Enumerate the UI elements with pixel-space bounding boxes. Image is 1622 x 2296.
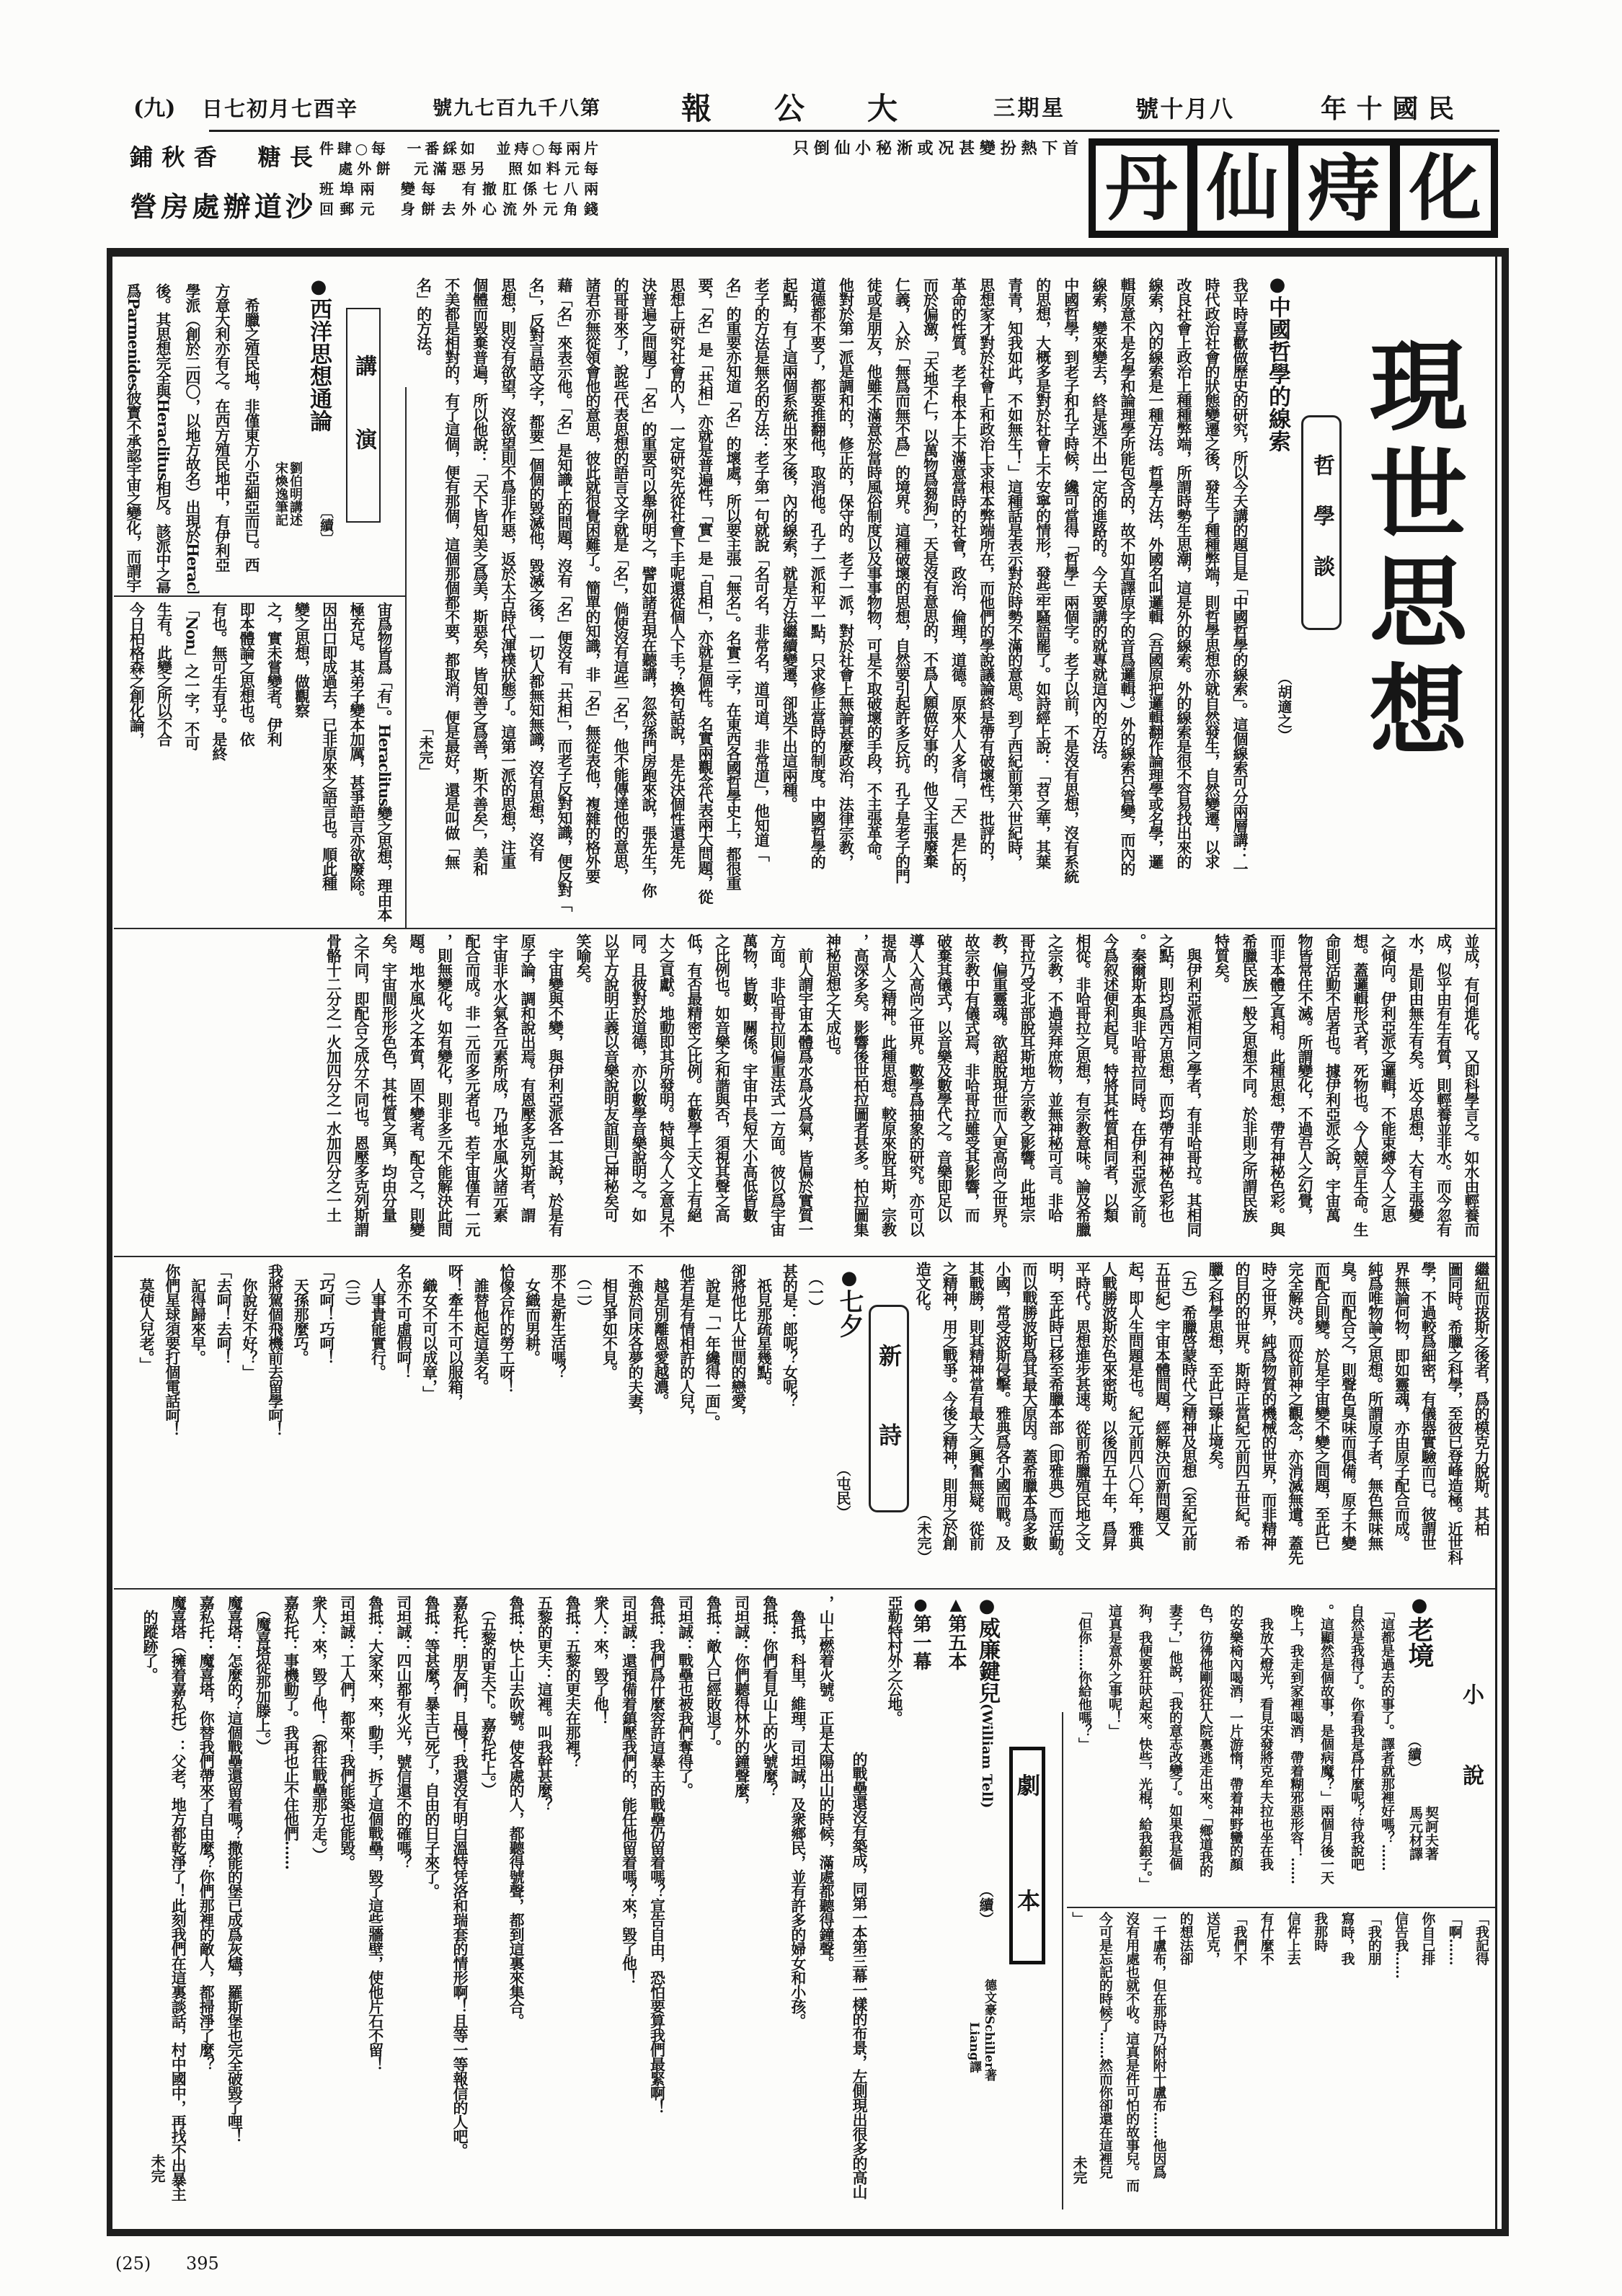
- text-column: 今爲叙述便利起見。特將其性質相同者，以類: [1096, 934, 1125, 1255]
- text-column: 思想家才對於社會上和政治上求根本弊端所在，而他們的學說議論終是帶有破壞性，批評的…: [973, 278, 1001, 916]
- text-column: 寫時，我: [1333, 1912, 1360, 2228]
- text-column: 徒或是朋友，他雖不滿意於當時風俗制度以及事事物物，可是不取破壞的手段，不主張革命…: [860, 278, 888, 916]
- text-column: 大之貢獻。地動即其所發明。特與今人之意見不: [652, 934, 681, 1255]
- frame-top-border: [107, 248, 1509, 257]
- text-column: 有什麼不: [1252, 1912, 1279, 2228]
- article-title-chinese-philosophy: ●中國哲學的線索: [1264, 274, 1290, 452]
- ad-text-row: 處外餅 元滿惡另 照如料元每: [319, 159, 598, 179]
- text-column: 極充足。其弟子變本加厲，甚爭語言亦欲廢除。: [343, 602, 371, 924]
- text-column: 生有。此變之所以不合: [150, 602, 177, 924]
- text-column: 青青，知我如此，不如無生！」這種話是表示對於時勢不滿的意思。到了西紀前第六世紀時…: [1001, 278, 1029, 916]
- masthead-character: 思: [1362, 549, 1474, 657]
- text-column: 今日柏格森之創化論，: [123, 602, 150, 924]
- poem-line: 記得歸來早。: [185, 1264, 211, 1584]
- text-column: 而以戰勝波斯爲其最大原因。蓋希臘本爲多數: [1016, 1262, 1042, 1584]
- text-column: 破棄其儀式，以音樂及數學代之。音樂即足以: [930, 934, 958, 1255]
- poem-author: （屯民）: [833, 1462, 852, 1520]
- dialogue-column: 衆人：來，毀了他！（都往戰壘那方走。）: [306, 1595, 334, 2226]
- text-column: 宙爲物皆爲「有」。Heraclitus變之思想，理由本: [371, 602, 398, 924]
- text-column: 線索，變來變去，終是逃不出一定的進路的。今天要講的就專就這內的方法。: [1086, 278, 1114, 916]
- text-column: 「我們不: [1226, 1912, 1252, 2228]
- divider-rule: [1067, 1907, 1495, 1908]
- text-column: 之不同，即配合之成分不同也。恩壓多克列斯謂: [347, 934, 376, 1255]
- poem-line: 誰替他起這美名。: [468, 1264, 494, 1584]
- text-column: 送尼克，: [1199, 1912, 1226, 2228]
- text-column: 思想，則沒有欲望，沒欲望則不爲非作惡，返於太古時代渾樸狀態了。這第一派的思想，注…: [495, 278, 523, 916]
- text-column: （五）希臘啓蒙時代之精神及思想（至紀元前: [1175, 1262, 1202, 1584]
- masthead-character: 現: [1362, 333, 1474, 441]
- dialogue-column: 司坦誠：四山都有火光，號信還不的確嗎？: [390, 1595, 418, 2226]
- article-author: （胡適之）: [1275, 670, 1293, 743]
- poem-line: 名亦不可虛假呵！: [391, 1264, 417, 1584]
- text-column: 道德都不要了，都要推翻他，取消他。孔子一派和平一點，只求修正當時的制度。中國哲學…: [804, 278, 832, 916]
- poem-line: 人事貴能實行。: [365, 1264, 391, 1584]
- brand-character-cell: 痔: [1298, 146, 1390, 231]
- text-column: 起點，有了這兩個系統出來之後，內的線索，就是方法繼續變遷，卻逃不出這兩種。: [776, 278, 804, 916]
- text-column: 的想法卻: [1171, 1912, 1198, 2228]
- poem-line: （二）: [571, 1264, 597, 1584]
- poem-line: 「巧呵！巧呵！: [314, 1264, 340, 1584]
- to-be-continued-mark: （未完）: [914, 1507, 933, 1564]
- drama-subtitle: (William Tell): [979, 1703, 995, 1808]
- text-column: 哥拉乃受北部脫耳斯地方宗教之影響。此地宗: [1014, 934, 1042, 1255]
- poem-line: 不強於同床各夢的夫妻，: [623, 1264, 649, 1584]
- ad-shop-name-line-2: 營房處辦道沙: [130, 189, 313, 225]
- text-column: 「但你……你給他嗎？」: [1069, 1604, 1099, 1904]
- masthead-character: 世: [1362, 441, 1474, 549]
- drama-title: ●威廉鍵兒(William Tell): [975, 1595, 999, 1808]
- text-column: 其戰勝，則其精神當有最大之興奮無疑。從前: [962, 1262, 989, 1584]
- ad-text-row: 件肆○每 一番綵如 並痔○每兩片: [319, 138, 598, 159]
- text-column: 希臘之殖民地，非僅東方小亞細亞而已。西: [237, 283, 267, 593]
- text-column: 想。蓋邏輯形式者，死物也。今人競言生命。生: [1347, 934, 1375, 1255]
- text-column: 的思想，大概多是對於社會上不安寧的情形，發些牢騷語罷了。如詩經上說：「苕之華，其…: [1029, 278, 1058, 916]
- poem-body: （一）甚的是：郎呢？女呢？ 祇見那疏星幾點。卻將他比人世間的戀愛， 說是「一年纔…: [133, 1264, 828, 1584]
- poem-line: 莫使人兒老。」: [133, 1264, 159, 1584]
- text-column: 繼紐而拔斯之後者，爲的模克力脫斯。其柏: [1468, 1262, 1494, 1584]
- ad-small-text-right: 只倒仙小秘淅或况甚變扮熱下首: [793, 138, 1078, 159]
- text-column: 方面。非哈哥拉則偏重法式一方面。彼以爲宇宙: [763, 934, 792, 1255]
- text-column: 晚上，我走到家裡喝酒，帶着糊邪惡形容！……: [1281, 1604, 1311, 1904]
- dialogue-column: 魯抵：等甚麼？暴主已死了，自由的日子來了。: [418, 1595, 446, 2226]
- text-column: 學，不過較爲細密，有儀器實驗而已。彼謂世: [1414, 1262, 1441, 1584]
- divider-rule-vertical: [1062, 1712, 1063, 2209]
- text-column: 改良社會上政治上種種弊端，所謂時勢生思潮，這是外的線索。外的線索是很不容易找出來…: [1170, 278, 1198, 916]
- novel-title: ●老境: [1406, 1595, 1433, 1668]
- poem-line: 恰像合作的勞工呀！: [494, 1264, 520, 1584]
- text-column: 萬物，皆數，關係。宇宙中長短大小高低皆數: [736, 934, 764, 1255]
- text-column: 與伊利亞派相同之學者，有非哈哥拉。其相同: [1180, 934, 1208, 1255]
- text-column: 成，似乎由有生有質，則輕養並非水。而今忽有: [1430, 934, 1458, 1255]
- dialogue-column: 司坦誠：戰壘也被我們奪得了。: [672, 1595, 700, 2226]
- text-column: 明，至此時已移至希臘本部（即雅典）而活動。: [1042, 1262, 1069, 1584]
- poem-line: 相見爭如不見。: [597, 1264, 623, 1584]
- novel-title-text: 老境: [1404, 1616, 1435, 1668]
- poem-line: 我將駕個飛機前去留學呵！: [262, 1264, 288, 1584]
- text-column: 「啊……: [1440, 1912, 1467, 2228]
- continued-mark: （續）: [976, 1883, 995, 1926]
- article-body-western-middle: 並成，有何進化。又即科學言之。如水由輕養而成，似乎由有生有質，則輕養並非水。而今…: [319, 934, 1485, 1255]
- text-column: 妻子，」他說，「我的意志改變了。如果我是個: [1160, 1604, 1190, 1904]
- drama-setting: 亞勒特村外之公地。: [881, 1595, 908, 1725]
- text-column: 宇宙非水火氣各元素所成，乃地水風火諸元素: [486, 934, 514, 1255]
- article-title-western-thought: ●西洋思想通論: [306, 276, 332, 432]
- text-column: 的哥哥來了，說些代表思想的語言文字就是「名」，倘使沒有這些「名」，他不能傳達他的…: [607, 278, 635, 916]
- section-number: (九): [133, 92, 175, 125]
- text-column: 同。且彼對於道德，亦以數學音樂說明之。如: [625, 934, 653, 1255]
- drama-scene: ●第一幕: [910, 1595, 931, 1670]
- text-column: 前人謂宇宙本體爲水爲火爲氣，皆偏於實質一: [792, 934, 820, 1255]
- drama-author: 德文豪Schiller著: [982, 1979, 996, 2081]
- text-column: 完全解決。而從前神之觀念，亦消滅無遺。蓋先: [1282, 1262, 1308, 1584]
- text-column: 他對於第一派是調和的，修正的，保守的。老子一派，對於社會上無論甚麼政治，法律宗教…: [832, 278, 860, 916]
- poem-line: 你們星球須要打個電話呵！: [159, 1264, 185, 1584]
- bullet-icon: ●: [838, 1267, 860, 1289]
- text-column: 起，即人生問題是也。紀元前四八〇年，雅典: [1122, 1262, 1149, 1584]
- text-column: 之，實未嘗變者。伊利: [260, 602, 288, 924]
- to-be-continued-mark: 「未完」: [416, 721, 435, 779]
- footer-page-label: (25): [115, 2253, 151, 2274]
- dialogue-column: 的蹤跡了。: [136, 1595, 164, 2226]
- poem-line: 他若是有情相許的人兒，: [674, 1264, 700, 1584]
- poem-line: 甚的是：郎呢？女呢？: [777, 1264, 803, 1584]
- poem-line: 祇見那疏星幾點。: [751, 1264, 777, 1584]
- text-column: 小國，常受波斯侵擊。雅典爲各小國而戰。及: [989, 1262, 1016, 1584]
- frame-right-border-inner: [1495, 257, 1497, 2230]
- text-column: 之精神，用之戰爭。今後之精神，則用之於創: [936, 1262, 962, 1584]
- section-label-lecture: 講演: [346, 308, 381, 523]
- text-column: 中國哲學，到老子和孔子時候，纔可當得「哲學」兩個字。老子以前，不是沒有思想，沒有…: [1058, 278, 1086, 916]
- article-title-text: 中國哲學的線索: [1264, 296, 1290, 452]
- bullet-icon: ●: [1267, 274, 1288, 296]
- continued-mark: 〔續〕: [317, 505, 334, 546]
- section-label-novel: 小說: [1459, 1683, 1482, 1845]
- text-column: 人戰勝波斯於色來密斯。以後四五十年，爲昇: [1096, 1262, 1122, 1584]
- dialogue-column: 魯抵：快上山去吹號。使各處的人，都聽得號聲，都到這裏來集合。: [502, 1595, 531, 2226]
- text-column: 線索，內的線索是一種方法。哲學方法，外國名叫邏輯（吾國原把邏輯翻作論理學或名學，…: [1142, 278, 1170, 916]
- text-column: 輯原意不是名學和論理學所能包含的，故不如直譯原字的音爲邏輯。）外的線索只管變，而…: [1114, 278, 1142, 916]
- text-column: 時之世界，純爲物質的機械的世界，而非精神: [1255, 1262, 1282, 1584]
- text-column: 因出口即成過去，已非原來之語言也。順此種: [315, 602, 342, 924]
- article-title-text: 西洋思想通論: [306, 298, 332, 432]
- section-label-new-poetry: 新詩: [869, 1305, 909, 1512]
- bullet-icon: ●: [1409, 1595, 1430, 1616]
- ad-text-row: 班埠兩 變每 有撤肛係七八兩: [319, 179, 598, 199]
- text-column: 題。地水風火之本質，固不變者。配合之，則變: [403, 934, 431, 1255]
- section-label-philosophy-talk: 哲學談: [1301, 415, 1342, 630]
- year: 民國十年: [1321, 92, 1454, 125]
- to-be-continued-mark: 未完: [1070, 2155, 1089, 2184]
- text-column: 並成，有何進化。又即科學言之。如水由輕養而: [1458, 934, 1486, 1255]
- text-column: 方意大利亦有之。在西方殖民地中，有伊利亞: [208, 283, 237, 593]
- text-column: 五世紀）宇宙本體問題，經解決而新問題又: [1148, 1262, 1175, 1584]
- ad-text-row: 回郵元 身餅去外心流外元角錢: [319, 199, 598, 219]
- poem-line: 那不是新生活嗎？: [545, 1264, 571, 1584]
- poem-line: 越是別離恩愛越濃。: [648, 1264, 674, 1584]
- frame-right-border-outer: [1502, 248, 1509, 2236]
- text-column: 學派（創於二四〇，以地方故名）出現於Heraclitus之: [178, 283, 208, 593]
- date: 八月十號: [1135, 92, 1233, 125]
- drama-scene-text: 第一幕: [910, 1614, 931, 1670]
- text-column: 。這顯然是個故事，是個病魔？」兩個月後一天: [1311, 1604, 1342, 1904]
- text-column: 變之思想，做觀察: [288, 602, 315, 924]
- brand-character-cell: 丹: [1096, 146, 1187, 231]
- poem-title-text: 七夕: [835, 1289, 864, 1338]
- supplement-masthead: 現世思想: [1362, 333, 1474, 766]
- ad-small-text-left: 件肆○每 一番綵如 並痔○每兩片 處外餅 元滿惡另 照如料元每班埠兩 變每 有撤…: [319, 138, 598, 219]
- dialogue-column: 魯抵：你們看見山上的火號麼？: [756, 1595, 784, 2226]
- text-column: 圖同時。希臘之科學，至彼已登峰造極。近世科: [1441, 1262, 1468, 1584]
- poem-line: 「去呵！去呵！: [211, 1264, 237, 1584]
- novel-body-lower: 「我記得「啊……你自己排信告我……「我的朋寫時，我我那時信件上去有什麼不「我們不…: [1064, 1912, 1494, 2228]
- poem-line: （三）: [340, 1264, 365, 1584]
- dialogue-column: 魯抵：五黎的更夫在那裡？: [559, 1595, 587, 2226]
- text-column: 界無論何物，即如靈魂，亦由原子配合而成。: [1388, 1262, 1414, 1584]
- text-column: 後。其思想完全與Heraclitus相反。該派中之最著: [149, 283, 178, 593]
- text-column: 物皆常住不滅。所謂變化，不過吾人之幻覺，: [1291, 934, 1319, 1255]
- text-column: 諸君亦無從領會他的意思，彼此就很覺困難了。簡單的知識，非「名」無從表他，複雜的格…: [579, 278, 607, 916]
- dialogue-column: （五黎的更夫下。嘉私托上。）: [474, 1595, 502, 2226]
- text-column: 故宗教中有儀式焉，非哈哥拉雖受其影響，而: [958, 934, 986, 1255]
- article-body-western-lower: 繼紐而拔斯之後者，爲的模克力脫斯。其柏圖同時。希臘之科學，至彼已登峰造極。近世科…: [909, 1262, 1494, 1584]
- novel-author: 契訶夫著: [1423, 1806, 1439, 1861]
- dialogue-column: （魔喜塔從那加滕上。）: [249, 1595, 277, 2226]
- text-column: 之傾向。伊利亞派之邏輯，不能束縛今人之思: [1374, 934, 1402, 1255]
- ad-brand-box: 化痔仙丹: [1089, 138, 1498, 238]
- continued-mark: （續）: [1406, 1734, 1422, 1775]
- text-column: 不美都是相對的，有了這個，便有那個，這個那個都不要，都取消，便是最好，還是叫做「…: [438, 278, 466, 916]
- text-column: 要，「名」是「共相」亦就是普遍性，「實」是「自相」，亦就是個性。名實兩觀念代表兩…: [691, 278, 719, 916]
- text-column: 原子論，調和說出焉。有恩壓多克列斯者，謂: [514, 934, 542, 1255]
- text-column: 爲Parmenides彼寳不承認宇宙之變化，而謂宇: [119, 283, 149, 593]
- drama-translator: Liang譯: [967, 2022, 981, 2073]
- text-column: 色，彷彿他剛從狂人院裏逃走出來。「鄉道我的: [1190, 1604, 1220, 1904]
- text-column: 名」的重要亦知道「名」的壞處，所以要主張「無名」。名實二字，在東西各國哲學史上，…: [719, 278, 748, 916]
- article-body-chinese-philosophy: 我平時喜歡做歷史的研究，所以今天講的題目是「中國哲學的線索」。這個線索可分兩層講…: [409, 278, 1254, 916]
- divider-rule: [114, 928, 1495, 929]
- text-column: 的安樂椅內喝酒，一片游惰，帶着神野蠻的顏: [1220, 1604, 1251, 1904]
- bullet-icon: ●: [308, 276, 329, 298]
- dialogue-column: 魔喜塔（擁着嘉私托）：父老，地方都乾淨了！此刻我們在這裏談話，村中國中，再找不出…: [164, 1595, 192, 2226]
- novel-translator: 馬元材譯: [1407, 1806, 1423, 1861]
- poem-line: 天孫那麼巧。: [288, 1264, 314, 1584]
- section-label-drama: 劇本: [1009, 1747, 1045, 1964]
- dialogue-column: 嘉私托：魔喜塔，你替我們帶來了自由麼？你們那裡的敵人，都掃淨了麼？: [192, 1595, 221, 2226]
- text-column: 個體而毀棄普遍，所以他說：「天下皆知美之爲美，斯惡矣，皆知善之爲善，斯不善矣」，…: [466, 278, 495, 916]
- text-column: 決普遍之問題了「名」的重要可以舉例明之，譬如諸君現在聽講，忽然孫門房跑來說，張先…: [635, 278, 663, 916]
- section-divider-rule: [114, 1256, 1495, 1257]
- ad-shop-name-line-1: 鋪秋香 糖長: [130, 141, 313, 173]
- drama-act-text: 第五本: [945, 1614, 967, 1670]
- dialogue-column: 司坦誠：還預備着鎮壓我們的，能任他留着嗎？來，毀了他！: [615, 1595, 643, 2226]
- text-column: 老子的方法是無名的方法：老子第一句就說「名可名，非常名，道可道，非常道」，他知道…: [748, 278, 776, 916]
- text-column: 今可是忘記的時候了……然而你卻還在這裡兒: [1091, 1912, 1118, 2228]
- text-column: 。秦爾斯本與非哈哥拉同時。在伊利亞派之前。: [1125, 934, 1153, 1255]
- poem-line: 說是「一年纔得一面」。: [700, 1264, 726, 1584]
- text-column: 導人入高尚之世界。數學爲抽象的研究。亦可以: [903, 934, 931, 1255]
- text-column: 「我的朋: [1360, 1912, 1387, 2228]
- text-column: 我放大燈光，看見宋發將克牟夫拉也坐在我: [1251, 1604, 1281, 1904]
- dialogue-column: 嘉私托：事機動了。我再也止不住他們……: [277, 1595, 305, 2226]
- text-column: 即本體論之思想也。依: [233, 602, 260, 924]
- text-column: 革命的性質。老子根本上不滿意當時的社會，政治，倫理，道德。原來人人多信，「天」是…: [944, 278, 972, 916]
- text-column: 臭。而配合之，則聲色臭味而俱備。原子不變: [1335, 1262, 1362, 1584]
- header-rule: [209, 130, 1499, 132]
- text-column: 沒有用處也就不收。這真是件可怕的故事兒。而: [1118, 1912, 1145, 2228]
- masthead-character: 想: [1362, 657, 1474, 766]
- text-column: 低，有否最精密之比例。在數學上天文上有絕: [681, 934, 709, 1255]
- text-column: 提高人之精神。此種思想。較原來脫耳斯，宗教: [874, 934, 903, 1255]
- text-column: 狗，我便要狂吠起來。快些，光棍，給我銀子。」: [1130, 1604, 1160, 1904]
- text-column: 你自己排: [1414, 1912, 1440, 2228]
- brand-character-cell: 化: [1400, 146, 1492, 231]
- text-column: 我那時: [1306, 1912, 1333, 2228]
- text-column: 教，偏重靈魂。欲超脫現世而入更高尚之世界。: [985, 934, 1014, 1255]
- text-column: 信件上去: [1280, 1912, 1306, 2228]
- to-be-continued-mark: 未完: [148, 2154, 167, 2183]
- divider-rule: [114, 1588, 1495, 1590]
- dialogue-column: 嘉私托：朋友們，且慢！我還沒有明白溫特凭洛和瑞套的情形啊！且等一等報信的人吧。: [446, 1595, 474, 2226]
- text-column: 「Non」之一字，不可: [178, 602, 205, 924]
- text-column: 特質矣。: [1207, 934, 1236, 1255]
- text-column: 名」，反對言語文字，都要一個個的毀滅他，毀滅之後，一切人都無知無識，沒有思想，沒…: [523, 278, 551, 916]
- text-column: 以平方說明正義以音樂說明友誼則己神秘矣可: [597, 934, 625, 1255]
- issue-number: 第八千九百七九號: [433, 92, 600, 125]
- dialogue-column: 五黎的更夫：這裡。叫我幹甚麼？: [531, 1595, 559, 2226]
- article-body-western-left: 宙爲物皆爲「有」。Heraclitus變之思想，理由本極充足。其弟子變本加厲，甚…: [123, 602, 398, 924]
- text-column: 水，是則由無生有矣。近今思想，大有主張變: [1402, 934, 1430, 1255]
- divider-rule-vertical: [405, 387, 407, 928]
- text-column: 時代政治社會的狀態變遷之後，發生了種種弊端，則哲學思想亦就自然發生，自然變遷，以…: [1198, 278, 1226, 916]
- text-column: 骨骼十二分之一火加四分之一水加四分之一土: [319, 934, 347, 1255]
- text-column: 希臘民族一般之思想不同。於非則之所謂民族: [1236, 934, 1264, 1255]
- brand-character-cell: 仙: [1197, 146, 1289, 231]
- paper-name: 大公報: [681, 92, 898, 125]
- poem-line: 卻將他比人世間的戀愛，: [725, 1264, 751, 1584]
- text-column: 之點，則均爲西方思想，而均帶有神秘色彩也: [1152, 934, 1180, 1255]
- drama-body: ，山上燃着火號。正是太陽出山的時候，滿處都聽得鐘聲。 魯抵，科里，維理，司坦誠，…: [136, 1595, 841, 2226]
- poem-line: 你說好不好？」: [236, 1264, 262, 1584]
- dialogue-column: 魯抵：大家來，來，動手，拆了這個戰壘，毀了這些牆壁，使他片石不留！: [362, 1595, 390, 2226]
- dialogue-column: ，山上燃着火號。正是太陽出山的時候，滿處都聽得鐘聲。: [812, 1595, 841, 2226]
- text-column: 而於偏激，「天地不仁，以萬物爲芻狗」，天是沒有意思的，不爲人願做好事的，他又主張…: [916, 278, 944, 916]
- text-column: 而非本體之真相。此種思想，帶有神秘色彩。與: [1263, 934, 1291, 1255]
- footer-page-number: 395: [186, 2253, 219, 2274]
- frame-left-border: [107, 252, 112, 2236]
- text-column: 有也。無可生有乎。是終: [205, 602, 233, 924]
- lunar-date: 辛酉七月初七日: [202, 92, 357, 125]
- dialogue-column: 司坦誠：工人們，都來！我們能築也能毀。: [334, 1595, 362, 2226]
- poem-line: 呀！牽牛不可以服箱，: [443, 1264, 469, 1584]
- text-column: 我平時喜歡做歷史的研究，所以今天講的題目是「中國哲學的線索」。這個線索可分兩層講…: [1226, 278, 1254, 916]
- drama-title-text: 威廉鍵兒: [975, 1617, 1000, 1703]
- text-column: 信告我……: [1387, 1912, 1414, 2228]
- poem-title: ●七夕: [836, 1267, 862, 1338]
- text-column: 「這都是過去的事了。譯者就那裡好嗎？……: [1372, 1604, 1402, 1904]
- triangle-icon: ▲: [947, 1595, 965, 1614]
- divider-rule: [114, 595, 405, 597]
- dialogue-column: 衆人：來，毀了他！: [587, 1595, 615, 2226]
- text-column: 這真是意外之事呢！」: [1099, 1604, 1130, 1904]
- text-column: 平時代。思想進步甚速。從前希臘殖民地之文: [1069, 1262, 1096, 1584]
- text-column: 思想上研究社會的人，一定研究先從社會下手呢還從個人下手？換句話說，是先決個性還是…: [663, 278, 691, 916]
- text-column: 笑喻矣。: [570, 934, 598, 1255]
- article-body-western-intro: 希臘之殖民地，非僅東方小亞細亞而已。西方意大利亦有之。在西方殖民地中，有伊利亞學…: [119, 283, 267, 593]
- text-column: ，高深多矣。影響後世柏拉圖者甚多。柏拉圖集: [847, 934, 875, 1255]
- dialogue-column: 魯抵：敵人已經敗退了。: [700, 1595, 728, 2226]
- dialogue-column: 魯抵，科里，維理，司坦誠，及衆鄉民，並有許多的婦女和小孩。: [784, 1595, 812, 2226]
- text-column: ，則無變化。如有變化，則非多元不能解決此問: [430, 934, 458, 1255]
- text-column: 矣。宇宙間形形色色，其性質之異，均由分量: [375, 934, 403, 1255]
- dialogue-column: 司坦誠：你們聽得林外的鐘聲麼，: [728, 1595, 756, 2226]
- lecturer-byline: 劉伯明講述: [288, 461, 302, 526]
- poem-line: （一）: [802, 1264, 828, 1584]
- drama-setting-continued: 的戰壘還沒有築成，同第一本第三幕一樣的布景，左側現出很多的高山: [846, 1752, 873, 2199]
- weekday: 星期三: [993, 92, 1063, 125]
- text-column: 宇宙變與不變，與伊利亞派各一其說，於是有: [541, 934, 570, 1255]
- novel-body-upper: 「這都是過去的事了。譯者就那裡好嗎？……自然是我得了。你看我是爲什麼呢？待我說吧…: [1069, 1604, 1402, 1904]
- dialogue-column: 魯抵：我們爲什麼容許這暴主的戰壘仍留着嗎？宣告自由，恐怕要算我們最緊啊！: [643, 1595, 671, 2226]
- text-column: 一千盧布，但在那時乃附附十盧布……他因爲: [1145, 1912, 1171, 2228]
- bullet-icon: ●: [976, 1595, 998, 1617]
- bullet-icon: ●: [911, 1595, 930, 1614]
- text-column: 「我記得: [1468, 1912, 1494, 2228]
- text-column: 純爲唯物論之思想。所謂原子者，無色無味無: [1362, 1262, 1388, 1584]
- frame-bottom-border: [107, 2229, 1509, 2236]
- text-column: 配合而成。非一元而多元者也。若宇宙僅有一元: [458, 934, 487, 1255]
- dialogue-column: 魔喜塔：怎麼的？這個戰壘還留着嗎？撒能的堡已成爲灰燼，羅斯堡也完全破毀了哩！: [221, 1595, 249, 2226]
- text-column: 仁義，入於「無爲而無不爲」的境界。這種破壞的思想，自然要引起許多反抗。孔子是老子…: [888, 278, 916, 916]
- poem-line: 女織而男耕。: [520, 1264, 546, 1584]
- text-column: 的目的的世界。斯時正當紀元前四五世紀。希: [1228, 1262, 1255, 1584]
- text-column: 名」的方法。: [410, 278, 438, 916]
- text-column: 藉「名」來表示他。「名」是知識上的問題，沒有「名」便沒有「共相」，而老子反對知識…: [551, 278, 579, 916]
- text-column: 之宗教，不過崇拜庶物，並無神秘可言。非哈: [1041, 934, 1069, 1255]
- newspaper-page: (九) 辛酉七月初七日 第八千九百七九號 大公報 星期三 八月十號 民國十年 鋪…: [0, 0, 1622, 2296]
- text-column: 而配合則變。於是宇宙變不變之問題，至此已: [1308, 1262, 1335, 1584]
- text-column: 臘之科學思想，至此已臻止境矣。: [1202, 1262, 1228, 1584]
- text-column: 自然是我得了。你看我是爲什麼呢？待我說吧: [1342, 1604, 1372, 1904]
- text-column: 命則活動不居者也。據伊利亞派之說，宇宙萬: [1319, 934, 1347, 1255]
- drama-act: ▲第五本: [945, 1595, 967, 1670]
- text-column: 神秘思想之大成也。: [819, 934, 847, 1255]
- recorder-byline: 宋煥逸筆記: [273, 461, 288, 526]
- text-column: 相從。非哈哥拉之思想，有宗教意味。論及希臘: [1069, 934, 1097, 1255]
- poem-line: 織女不可以成章，」: [417, 1264, 443, 1584]
- text-column: 之比例也。如音樂之和諧與否，須視其聲之高: [708, 934, 736, 1255]
